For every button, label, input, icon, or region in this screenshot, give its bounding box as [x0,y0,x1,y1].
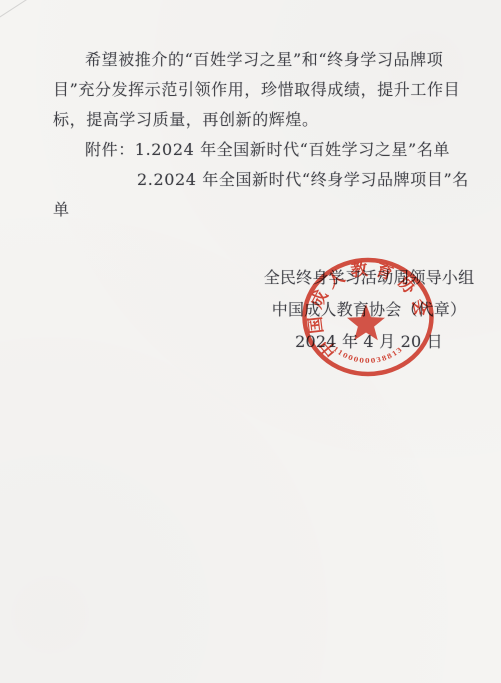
scan-corner-artifact [0,0,38,21]
body-line: 目”充分发挥示范引领作用，珍惜取得成绩，提升工作目 [53,75,459,105]
attachment-line: 2.2024 年全国新时代“终身学习品牌项目”名 [53,165,459,195]
body-line: 标，提高学习质量，再创新的辉煌。 [53,105,459,135]
seal-serial-holder: 1100000038813 [331,345,404,365]
attachment-line: 单 [53,195,459,225]
official-seal: 中国成人教育协会 1100000038813 [297,254,439,380]
letter-body: 希望被推介的“百姓学习之星”和“终身学习品牌项 目”充分发挥示范引领作用，珍惜取… [53,45,459,225]
seal-serial-number: 1100000038813 [331,345,404,365]
scanned-letter-page: 希望被推介的“百姓学习之星”和“终身学习品牌项 目”充分发挥示范引领作用，珍惜取… [0,0,501,683]
body-line: 希望被推介的“百姓学习之星”和“终身学习品牌项 [53,45,459,75]
seal-star-icon [347,304,385,340]
attachment-line: 附件：1.2024 年全国新时代“百姓学习之星”名单 [53,135,459,165]
